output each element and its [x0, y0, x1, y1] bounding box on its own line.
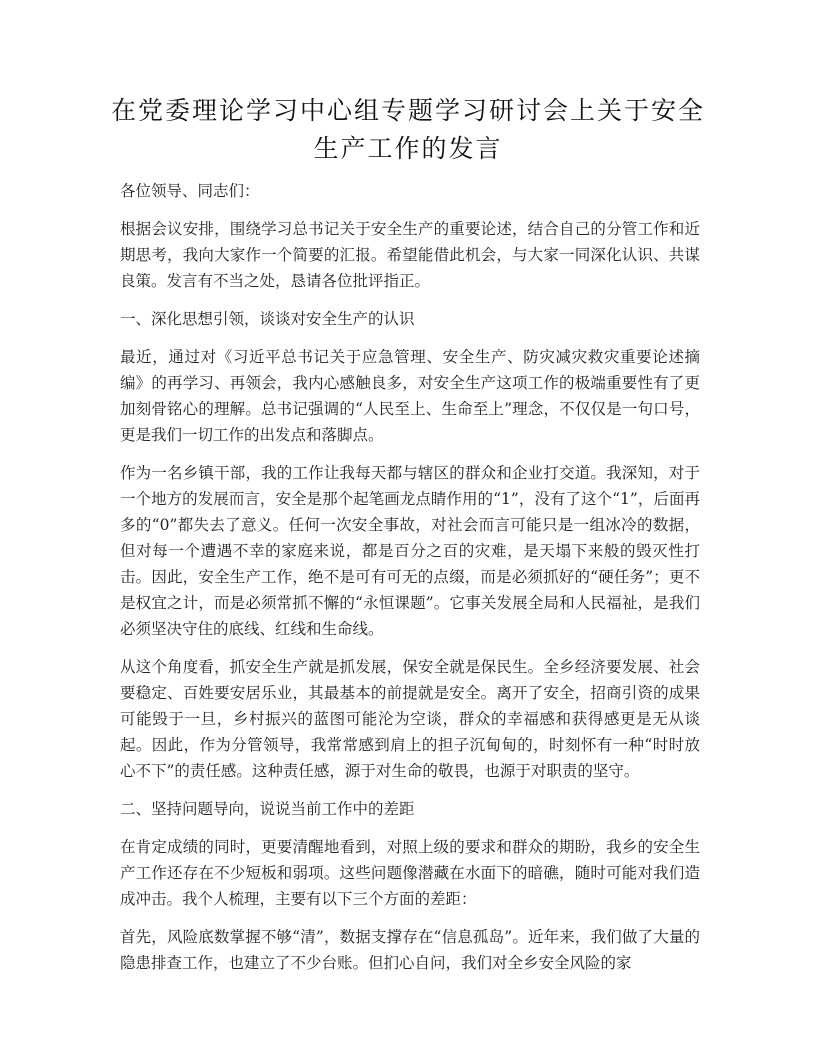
paragraph: 从这个角度看，抓安全生产就是抓发展，保安全就是保民生。全乡经济要发展、社会要稳定… — [120, 654, 700, 784]
paragraph: 最近，通过对《习近平总书记关于应急管理、安全生产、防灾减灾救灾重要论述摘编》的再… — [120, 344, 700, 448]
section-heading-2: 二、坚持问题导向，说说当前工作中的差距 — [120, 796, 700, 822]
section-heading-1: 一、深化思想引领，谈谈对安全生产的认识 — [120, 306, 700, 332]
document-page: 在党委理论学习中心组专题学习研讨会上关于安全生产工作的发言 各位领导、同志们： … — [0, 0, 816, 1056]
document-title: 在党委理论学习中心组专题学习研讨会上关于安全生产工作的发言 — [100, 92, 716, 168]
paragraph-intro: 根据会议安排，围绕学习总书记关于安全生产的重要论述，结合自己的分管工作和近期思考… — [120, 216, 700, 294]
document-body: 各位领导、同志们： 根据会议安排，围绕学习总书记关于安全生产的重要论述，结合自己… — [120, 178, 700, 988]
paragraph: 作为一名乡镇干部，我的工作让我每天都与辖区的群众和企业打交道。我深知，对于一个地… — [120, 460, 700, 642]
paragraph: 首先，风险底数掌握不够“清”，数据支撑存在“信息孤岛”。近年来，我们做了大量的隐… — [120, 924, 700, 976]
salutation: 各位领导、同志们： — [120, 178, 700, 204]
paragraph: 在肯定成绩的同时，更要清醒地看到，对照上级的要求和群众的期盼，我乡的安全生产工作… — [120, 834, 700, 912]
